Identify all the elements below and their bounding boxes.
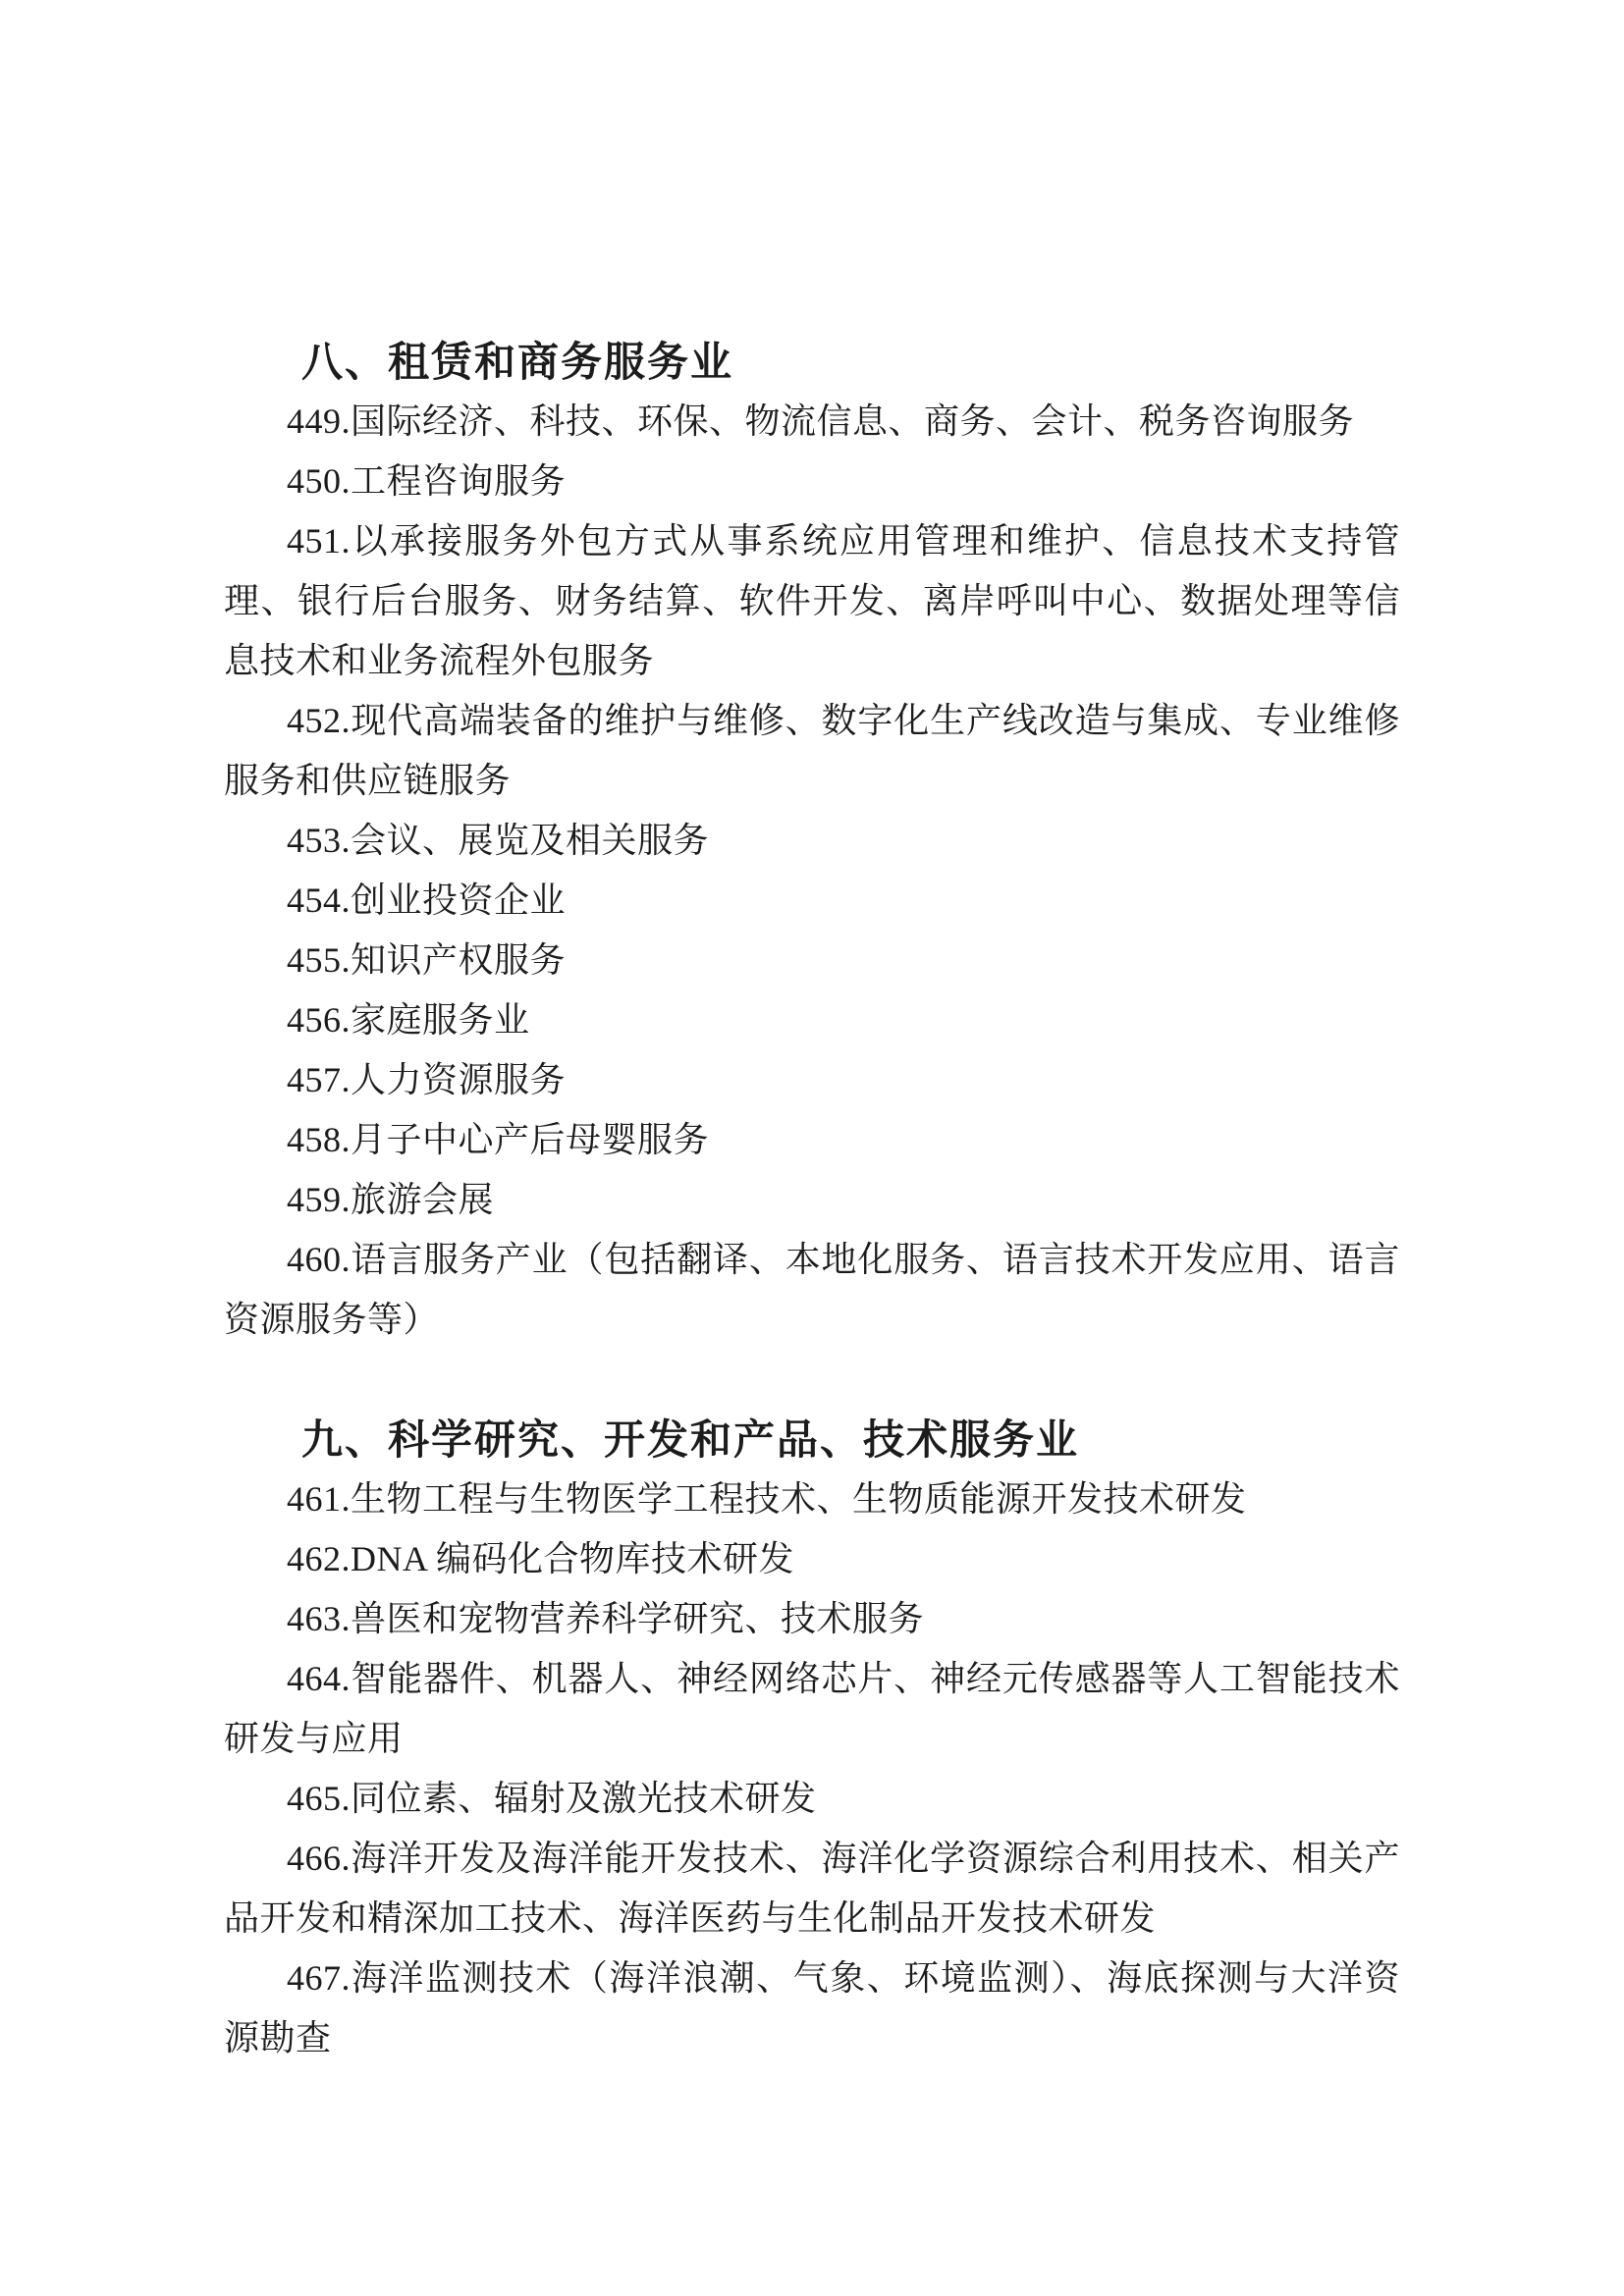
section-heading-8: 八、租赁和商务服务业 — [224, 332, 1400, 392]
list-item: 461.生物工程与生物医学工程技术、生物质能源开发技术研发 — [224, 1469, 1400, 1529]
list-item: 460.语言服务产业（包括翻译、本地化服务、语言技术开发应用、语言资源服务等） — [224, 1230, 1400, 1350]
list-item: 453.会议、展览及相关服务 — [224, 811, 1400, 871]
list-item: 467.海洋监测技术（海洋浪潮、气象、环境监测）、海底探测与大洋资源勘查 — [224, 1949, 1400, 2068]
list-item: 452.现代高端装备的维护与维修、数字化生产线改造与集成、专业维修服务和供应链服… — [224, 691, 1400, 811]
list-item: 465.同位素、辐射及激光技术研发 — [224, 1769, 1400, 1829]
list-item: 450.工程咨询服务 — [224, 452, 1400, 511]
list-item: 462.DNA 编码化合物库技术研发 — [224, 1529, 1400, 1589]
list-item: 458.月子中心产后母婴服务 — [224, 1110, 1400, 1170]
list-item: 466.海洋开发及海洋能开发技术、海洋化学资源综合利用技术、相关产品开发和精深加… — [224, 1829, 1400, 1949]
list-item: 455.知识产权服务 — [224, 931, 1400, 990]
document-page: 八、租赁和商务服务业 449.国际经济、科技、环保、物流信息、商务、会计、税务咨… — [0, 0, 1624, 2296]
list-item: 449.国际经济、科技、环保、物流信息、商务、会计、税务咨询服务 — [224, 392, 1400, 452]
list-item: 457.人力资源服务 — [224, 1050, 1400, 1110]
list-item: 464.智能器件、机器人、神经网络芯片、神经元传感器等人工智能技术研发与应用 — [224, 1649, 1400, 1769]
list-item: 454.创业投资企业 — [224, 871, 1400, 931]
list-item: 463.兽医和宠物营养科学研究、技术服务 — [224, 1589, 1400, 1649]
section-heading-9: 九、科学研究、开发和产品、技术服务业 — [224, 1410, 1400, 1469]
list-item: 451.以承接服务外包方式从事系统应用管理和维护、信息技术支持管理、银行后台服务… — [224, 511, 1400, 691]
list-item: 456.家庭服务业 — [224, 990, 1400, 1050]
list-item: 459.旅游会展 — [224, 1170, 1400, 1230]
